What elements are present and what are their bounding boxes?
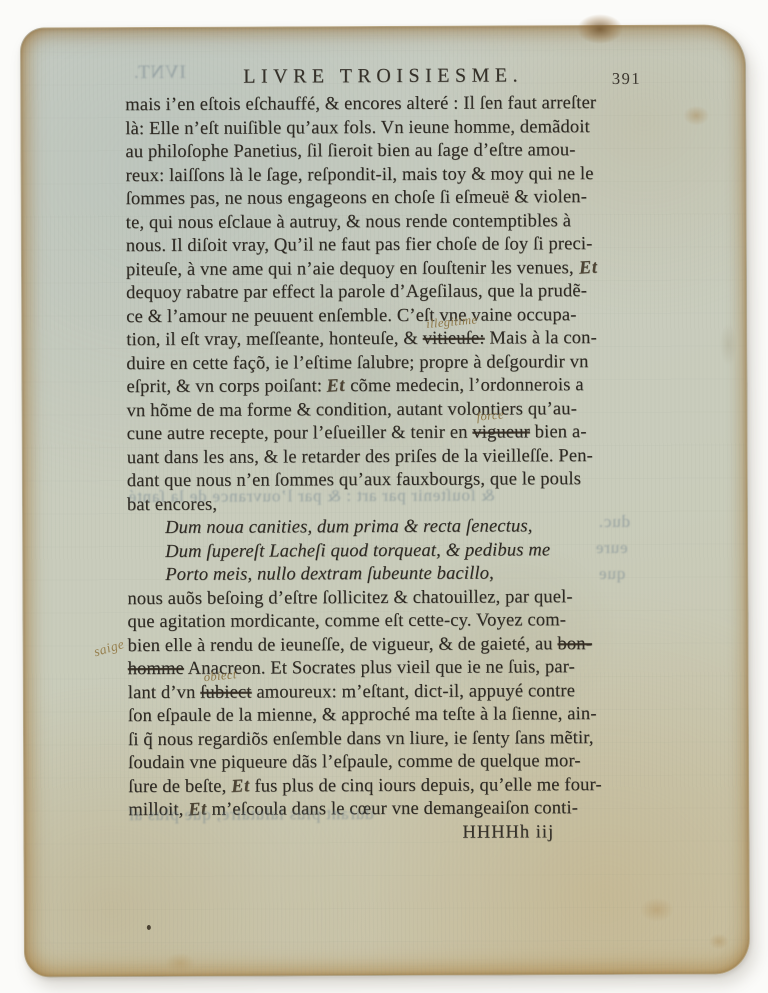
text-line: ſoudain vne piqueure dãs l’eſpaule, comm… xyxy=(128,750,644,776)
text-line: te, qui nous eſclaue à autruy, & nous re… xyxy=(126,209,642,235)
foxing-spot xyxy=(640,898,674,922)
foxing-spot xyxy=(709,934,729,950)
text-segment: cõme medecin, l’ordonnerois a xyxy=(345,375,583,396)
text-segment: ſoudain vne piqueure dãs l’eſpaule, comm… xyxy=(128,751,581,773)
text-segment: fus plus de cinq iours depuis, qu’elle m… xyxy=(250,775,602,797)
text-segment: là: Elle n’eſt nuiſible qu’aux fols. Vn … xyxy=(125,117,590,139)
showthrough-text: duc. xyxy=(598,512,630,532)
handwritten-correction: Et xyxy=(231,775,251,800)
text-segment: te, qui nous eſclaue à autruy, & nous re… xyxy=(126,211,571,233)
book-page: LIVRE TROISIESME. 391 mais i’en eſtois e… xyxy=(20,24,750,977)
text-line: lant d’vn ſubiectobiect amoureux: m’eſta… xyxy=(128,679,644,705)
text-line: reux: laiſſons là le ſage, reſpondit-il,… xyxy=(126,162,642,188)
text-segment: eſprit, & vn corps poiſant: xyxy=(126,376,327,397)
text-segment: nous auõs beſoing d’eſtre ſollicitez & c… xyxy=(127,587,572,609)
text-line: cune autre recepte, pour l’eſueiller & t… xyxy=(127,421,643,447)
text-segment: vn hõme de ma forme & condition, autant … xyxy=(127,399,577,421)
handwritten-correction: Et xyxy=(578,256,598,281)
page-number: 391 xyxy=(612,69,641,89)
showthrough-text: eure xyxy=(595,538,628,558)
text-segment: ſon eſpaule de la mienne, & approché ma … xyxy=(128,704,597,726)
text-line: Dum ſupereſt Lacheſi quod torqueat, & pe… xyxy=(127,538,643,564)
text-line: ſure de beſte, Et fus plus de cinq iours… xyxy=(128,773,644,799)
text-segment: lant d’vn xyxy=(128,682,200,702)
text-line: ſi q̃ nous regardiõs enſemble dans vn li… xyxy=(128,726,644,752)
text-line: là: Elle n’eſt nuiſible qu’aux fols. Vn … xyxy=(125,115,641,141)
text-segment: ſi q̃ nous regardiõs enſemble dans vn li… xyxy=(128,728,594,750)
text-segment: nous. Il diſoit vray, Qu’il ne faut pas … xyxy=(126,234,593,256)
text-segment: Anacreon. Et Socrates plus vieil que ie … xyxy=(184,657,575,679)
text-line: ce & l’amour ne peuuent enſemble. C’eſt … xyxy=(126,303,642,329)
scanned-book-photo: LIVRE TROISIESME. 391 mais i’en eſtois e… xyxy=(0,0,768,993)
text-line: au philoſophe Panetius, ſil ſieroit bien… xyxy=(125,139,641,165)
handwritten-annotation: obiect xyxy=(204,668,238,683)
text-segment: bien a- xyxy=(530,422,587,442)
text-segment: ſommes pas, ne nous engageons en choſe ſ… xyxy=(126,187,587,209)
text-segment: Dum noua canities, dum prima & recta ſen… xyxy=(165,516,533,538)
text-segment: mais i’en eſtois eſchauffé, & encores al… xyxy=(125,93,596,115)
text-segment: Porto meis, nullo dextram ſubeunte bacil… xyxy=(165,564,494,585)
edge-stain xyxy=(577,14,623,44)
text-segment: uant dans les ans, & le retarder des pri… xyxy=(127,446,593,468)
running-header: LIVRE TROISIESME. 391 xyxy=(125,64,641,94)
text-line: eſprit, & vn corps poiſant: Et cõme mede… xyxy=(126,374,642,400)
handwritten-annotation: force xyxy=(476,408,504,423)
handwritten-annotation: illegitime xyxy=(426,313,478,330)
text-segment: amoureux: m’eſtant, dict-il, appuyé cont… xyxy=(252,681,576,702)
text-segment: Mais à la con- xyxy=(485,328,597,348)
text-segment: duire en cette façõ, ie l’eſtime ſalubre… xyxy=(126,352,588,374)
handwritten-correction: Et xyxy=(326,375,346,400)
text-line: que agitation mordicante, comme eſt cett… xyxy=(127,609,643,635)
body-lines: mais i’en eſtois eſchauffé, & encores al… xyxy=(125,92,644,823)
text-segment: au philoſophe Panetius, ſil ſieroit bien… xyxy=(125,140,575,162)
text-segment: piteuſe, à vne ame qui n’aie dequoy en ſ… xyxy=(126,258,579,280)
text-line: nous. Il diſoit vray, Qu’il ne faut pas … xyxy=(126,233,642,259)
text-segment: ce & l’amour ne peuuent enſemble. C’eſt … xyxy=(126,305,576,327)
struck-word: vitieuſe:illegitime xyxy=(423,329,485,349)
ink-speck xyxy=(147,925,151,930)
text-line: vn hõme de ma forme & condition, autant … xyxy=(127,397,643,423)
text-segment: que agitation mordicante, comme eſt cett… xyxy=(127,610,566,632)
struck-word: vigueurforce xyxy=(472,422,530,442)
text-line: tion, il eſt vray, meſſeante, honteuſe, … xyxy=(126,327,642,353)
text-line: mais i’en eſtois eſchauffé, & encores al… xyxy=(125,92,641,118)
showthrough-text: que xyxy=(598,564,625,584)
foxing-spot xyxy=(683,106,709,126)
text-line: Porto meis, nullo dextram ſubeunte bacil… xyxy=(127,562,643,588)
showthrough-text: & ſouſtenir par art : & par l’ouvrance d… xyxy=(128,486,495,508)
text-line: nous auõs beſoing d’eſtre ſollicitez & c… xyxy=(127,585,643,611)
struck-word: bon- xyxy=(557,634,592,654)
text-line: ſommes pas, ne nous engageons en choſe ſ… xyxy=(126,186,642,212)
text-line: uant dans les ans, & le retarder des pri… xyxy=(127,444,643,470)
text-line: ſon eſpaule de la mienne, & approché ma … xyxy=(128,703,644,729)
signature-mark: HHHHh iij xyxy=(462,820,644,844)
text-line: piteuſe, à vne ame qui n’aie dequoy en ſ… xyxy=(126,256,642,282)
struck-word: ſubiectobiect xyxy=(200,682,251,702)
foxing-spot xyxy=(719,323,737,365)
text-segment: tion, il eſt vray, meſſeante, honteuſe, … xyxy=(126,329,422,350)
text-segment: cune autre recepte, pour l’eſueiller & t… xyxy=(127,423,473,445)
text-line: Dum noua canities, dum prima & recta ſen… xyxy=(127,515,643,541)
text-segment: bien elle à rendu de ieuneſſe, de vigueu… xyxy=(128,634,558,656)
text-line: duire en cette façõ, ie l’eſtime ſalubre… xyxy=(126,350,642,376)
text-block: LIVRE TROISIESME. 391 mais i’en eſtois e… xyxy=(125,64,644,846)
text-line: dequoy rabatre par effect la parole d’Ag… xyxy=(126,280,642,306)
struck-word: homme xyxy=(128,659,184,679)
text-segment: dequoy rabatre par effect la parole d’Ag… xyxy=(126,281,587,303)
page-title: LIVRE TROISIESME. xyxy=(125,64,641,89)
text-segment: Dum ſupereſt Lacheſi quod torqueat, & pe… xyxy=(165,540,550,562)
showthrough-text: durant plus ſalutaire, que plus aſ xyxy=(128,804,373,825)
text-segment: reux: laiſſons là le ſage, reſpondit-il,… xyxy=(126,164,594,186)
handwritten-margin-note: saige xyxy=(92,636,126,660)
showthrough-text: IVNT. xyxy=(133,62,186,84)
text-line: bien elle à rendu de ieuneſſe, de vigueu… xyxy=(128,632,644,658)
text-segment: ſure de beſte, xyxy=(128,776,231,796)
foxing-spot xyxy=(165,953,195,973)
